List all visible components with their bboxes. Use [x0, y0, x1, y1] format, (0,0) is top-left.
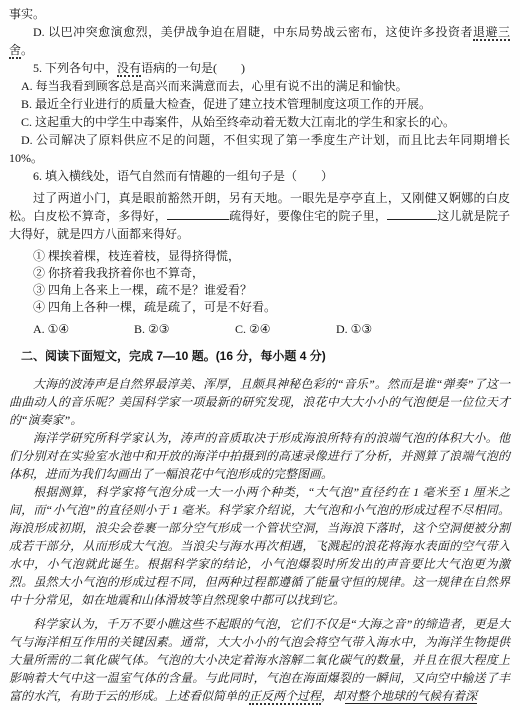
fill-in-blank-2	[387, 209, 437, 220]
q6-passage: 过了两道小门，真是眼前豁然开朗，另有天地。一眼先是亭亭直上，又刚健又婀娜的白皮松…	[9, 189, 510, 243]
p4-mid: ，却	[321, 689, 345, 703]
p4-emphasized-phrase: 正反两个过程	[249, 689, 321, 705]
q5-option-b: B. 最近全行业进行的质量大检查，促进了建立技术管理制度这项工作的开展。	[9, 95, 510, 113]
passage-paragraph-3: 根据测算，科学家将气泡分成一大一小两个种类，“大气泡”直径约在 1 毫米至 1 …	[9, 483, 510, 609]
q5-stem-post: 语病的一句是( )	[141, 61, 245, 75]
q5-option-a: A. 每当我看到顾客总是高兴而来满意而去，心里有说不出的满足和愉快。	[9, 77, 510, 95]
question-5-stem: 5. 下列各句中，没有语病的一句是( )	[9, 59, 510, 77]
q6-option-b: B. ②③	[134, 320, 235, 338]
q5-stem-emphasized: 没有	[117, 61, 141, 77]
q6-option-d: D. ①③	[336, 320, 437, 338]
q6-numbered-sentences: ① 棵挨着棵，枝连着枝，显得挤得慌， ② 你挤着我我挤着你也不算奇， ③ 四角上…	[9, 248, 510, 316]
q6-options-row: A. ①④ B. ②③ C. ②④ D. ①③	[9, 320, 510, 338]
paragraph-continuation: 事实。	[9, 5, 510, 23]
q6-option-a: A. ①④	[33, 320, 134, 338]
q4-option-d-tail: 。	[21, 43, 33, 57]
reading-passage: 大海的波涛声是自然界最淳美、浑厚，且颇具神秘色彩的“音乐”。然而是谁“弹奏”了这…	[9, 375, 510, 705]
q6-sentence-3: ③ 四角上各来上一棵，疏不是？谁爱看？	[9, 282, 510, 299]
fragment-text: 事实。	[9, 7, 45, 21]
q5-option-c: C. 这起重大的中学生中毒案件，从始至终牵动着无数大江南北的学生和家长的心。	[9, 113, 510, 131]
q6-passage-mid: 疏得好，要像住宅的院子里，	[229, 209, 387, 223]
p4-underlined-phrase: 对整个地球的气候有着深	[345, 689, 477, 704]
exam-paper-page: 事实。 D. 以巴冲突愈演愈烈，美伊战争迫在眉睫，中东局势战云密布，这使许多投资…	[0, 0, 520, 710]
section-questions: 事实。 D. 以巴冲突愈演愈烈，美伊战争迫在眉睫，中东局势战云密布，这使许多投资…	[9, 5, 510, 338]
q5-stem-pre: 5. 下列各句中，	[33, 61, 117, 75]
passage-paragraph-1: 大海的波涛声是自然界最淳美、浑厚，且颇具神秘色彩的“音乐”。然而是谁“弹奏”了这…	[9, 375, 510, 429]
q6-option-c: C. ②④	[235, 320, 336, 338]
q4-option-d-text: D. 以巴冲突愈演愈烈，美伊战争迫在眉睫，中东局势战云密布，这使许多投资者	[33, 25, 473, 39]
q6-sentence-1: ① 棵挨着棵，枝连着枝，显得挤得慌，	[9, 248, 510, 265]
q6-sentence-2: ② 你挤着我我挤着你也不算奇，	[9, 265, 510, 282]
q4-option-d: D. 以巴冲突愈演愈烈，美伊战争迫在眉睫，中东局势战云密布，这使许多投资者退避三…	[9, 23, 510, 59]
q5-option-d: D. 公司解决了原料供应不足的问题，不但实现了第一季度生产计划，而且比去年同期增…	[9, 131, 510, 167]
question-6-stem: 6. 填入横线处，语气自然而有情趣的一组句子是（ ）	[9, 167, 510, 185]
passage-paragraph-4: 科学家认为，千万不要小瞧这些不起眼的气泡，它们不仅是“大海之音”的缔造者，更是大…	[9, 615, 510, 705]
passage-paragraph-2: 海洋学研究所科学家认为，涛声的音质取决于形成海浪所特有的浪端气泡的体积大小。他们…	[9, 429, 510, 483]
fill-in-blank-1	[167, 209, 229, 220]
q6-passage-text: 过了两道小门，真是眼前豁然开朗，另有天地。一眼先是亭亭直上，又刚健又婀娜的白皮松…	[9, 189, 510, 243]
q6-sentence-4: ④ 四角上各种一棵，疏是疏了，可是不好看。	[9, 299, 510, 316]
section-2-heading: 二、阅读下面短文，完成 7—10 题。(16 分，每小题 4 分)	[9, 347, 510, 366]
